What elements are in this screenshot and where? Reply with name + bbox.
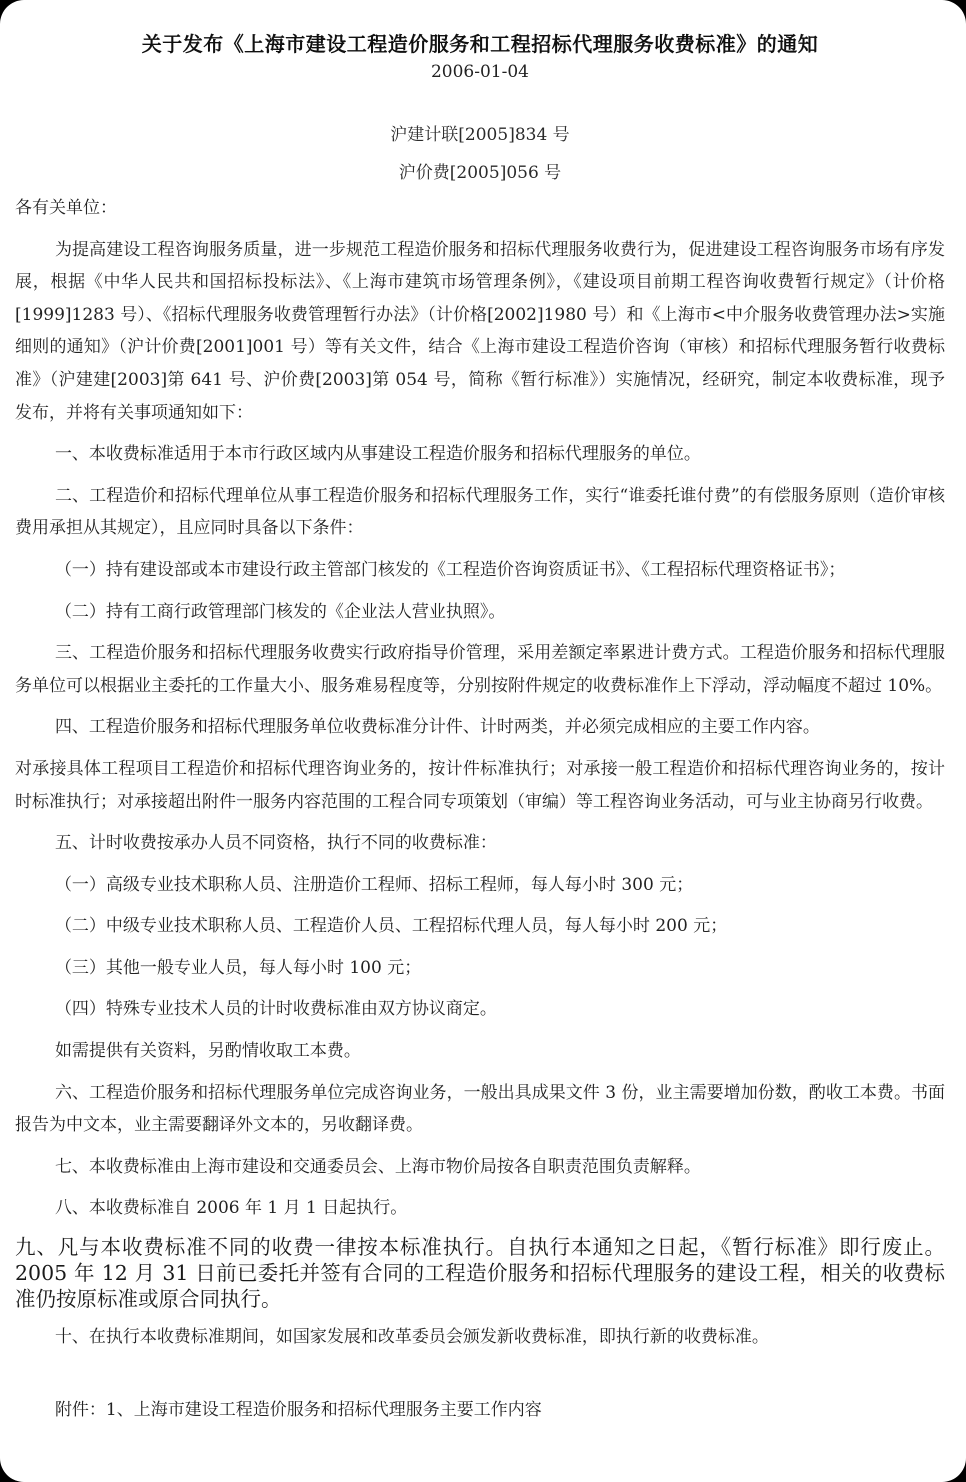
item-5-sub-3: （三）其他一般专业人员，每人每小时 100 元； bbox=[15, 952, 945, 985]
item-5-note: 如需提供有关资料，另酌情收取工本费。 bbox=[15, 1035, 945, 1068]
item-4-continuation: 对承接具体工程项目工程造价和招标代理咨询业务的，按计件标准执行；对承接一般工程造… bbox=[15, 753, 945, 818]
document-title: 关于发布《上海市建设工程造价服务和工程招标代理服务收费标准》的通知 bbox=[15, 30, 945, 60]
document-body: 各有关单位：为提高建设工程咨询服务质量，进一步规范工程造价服务和招标代理服务收费… bbox=[15, 192, 945, 1426]
intro-paragraph: 为提高建设工程咨询服务质量，进一步规范工程造价服务和招标代理服务收费行为，促进建… bbox=[15, 234, 945, 430]
item-2: 二、工程造价和招标代理单位从事工程造价服务和招标代理服务工作，实行“谁委托谁付费… bbox=[15, 480, 945, 545]
item-10: 十、在执行本收费标准期间，如国家发展和改革委员会颁发新收费标准，即执行新的收费标… bbox=[15, 1321, 945, 1354]
salutation: 各有关单位： bbox=[15, 192, 945, 225]
doc-number-1: 沪建计联[2005]834 号 bbox=[15, 116, 945, 154]
item-5: 五、计时收费按承办人员不同资格，执行不同的收费标准： bbox=[15, 827, 945, 860]
item-5-sub-2: （二）中级专业技术职称人员、工程造价人员、工程招标代理人员，每人每小时 200 … bbox=[15, 910, 945, 943]
item-9: 九、凡与本收费标准不同的收费一律按本标准执行。自执行本通知之日起，《暂行标准》即… bbox=[15, 1234, 945, 1312]
item-7: 七、本收费标准由上海市建设和交通委员会、上海市物价局按各自职责范围负责解释。 bbox=[15, 1151, 945, 1184]
item-2-sub-1: （一）持有建设部或本市建设行政主管部门核发的《工程造价咨询资质证书》、《工程招标… bbox=[15, 554, 945, 587]
item-8: 八、本收费标准自 2006 年 1 月 1 日起执行。 bbox=[15, 1192, 945, 1225]
document-page: 关于发布《上海市建设工程造价服务和工程招标代理服务收费标准》的通知 2006-0… bbox=[0, 0, 966, 1482]
document-date: 2006-01-04 bbox=[15, 60, 945, 84]
item-5-sub-1: （一）高级专业技术职称人员、注册造价工程师、招标工程师，每人每小时 300 元； bbox=[15, 869, 945, 902]
item-5-sub-4: （四）特殊专业技术人员的计时收费标准由双方协议商定。 bbox=[15, 993, 945, 1026]
item-4: 四、工程造价服务和招标代理服务单位收费标准分计件、计时两类，并必须完成相应的主要… bbox=[15, 711, 945, 744]
item-6: 六、工程造价服务和招标代理服务单位完成咨询业务，一般出具成果文件 3 份，业主需… bbox=[15, 1077, 945, 1142]
item-1: 一、本收费标准适用于本市行政区域内从事建设工程造价服务和招标代理服务的单位。 bbox=[15, 438, 945, 471]
doc-numbers: 沪建计联[2005]834 号 沪价费[2005]056 号 bbox=[15, 116, 945, 192]
attachment-line: 附件：1、上海市建设工程造价服务和招标代理服务主要工作内容 bbox=[15, 1394, 945, 1427]
item-2-sub-2: （二）持有工商行政管理部门核发的《企业法人营业执照》。 bbox=[15, 596, 945, 629]
item-3: 三、工程造价服务和招标代理服务收费实行政府指导价管理，采用差额定率累进计费方式。… bbox=[15, 637, 945, 702]
doc-number-2: 沪价费[2005]056 号 bbox=[15, 154, 945, 192]
